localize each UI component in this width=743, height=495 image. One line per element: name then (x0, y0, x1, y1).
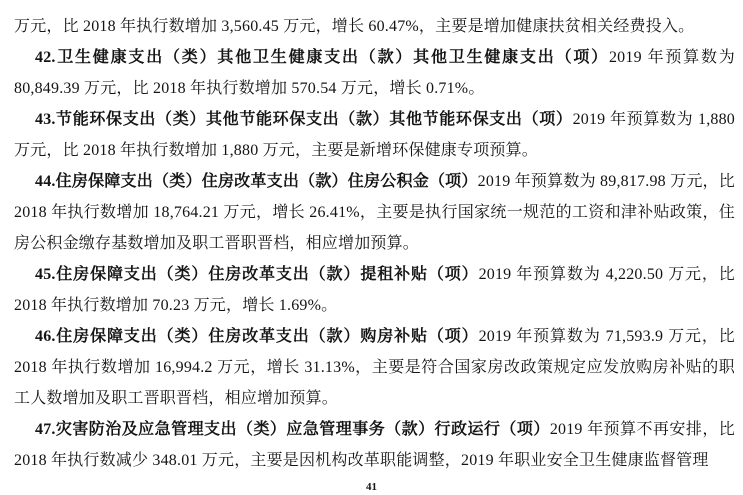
paragraph-44: 44.住房保障支出（类）住房改革支出（款）住房公积金（项）2019 年预算数为 … (14, 166, 735, 259)
paragraph-47: 47.灾害防治及应急管理支出（类）应急管理事务（款）行政运行（项）2019 年预… (14, 414, 735, 476)
paragraph-bold-lead: 47.灾害防治及应急管理支出（类）应急管理事务（款）行政运行（项） (35, 421, 550, 438)
paragraph-continuation: 万元，比 2018 年执行数增加 3,560.45 万元，增长 60.47%，主… (14, 11, 735, 42)
paragraph-bold-lead: 43.节能环保支出（类）其他节能环保支出（款）其他节能环保支出（项） (35, 111, 573, 128)
paragraph-45: 45.住房保障支出（类）住房改革支出（款）提租补贴（项）2019 年预算数为 4… (14, 259, 735, 321)
paragraph-bold-lead: 42.卫生健康支出（类）其他卫生健康支出（款）其他卫生健康支出（项） (35, 49, 609, 66)
paragraph-43: 43.节能环保支出（类）其他节能环保支出（款）其他节能环保支出（项）2019 年… (14, 104, 735, 166)
paragraph-text: 万元，比 2018 年执行数增加 3,560.45 万元，增长 60.47%，主… (14, 18, 694, 35)
paragraph-46: 46.住房保障支出（类）住房改革支出（款）购房补贴（项）2019 年预算数为 7… (14, 321, 735, 414)
document-page: 万元，比 2018 年执行数增加 3,560.45 万元，增长 60.47%，主… (14, 11, 735, 476)
paragraph-bold-lead: 46.住房保障支出（类）住房改革支出（款）购房补贴（项） (35, 328, 479, 345)
page-number: 41 (0, 481, 743, 493)
paragraph-bold-lead: 45.住房保障支出（类）住房改革支出（款）提租补贴（项） (35, 266, 479, 283)
paragraph-bold-lead: 44.住房保障支出（类）住房改革支出（款）住房公积金（项） (35, 173, 478, 190)
paragraph-42: 42.卫生健康支出（类）其他卫生健康支出（款）其他卫生健康支出（项）2019 年… (14, 42, 735, 104)
